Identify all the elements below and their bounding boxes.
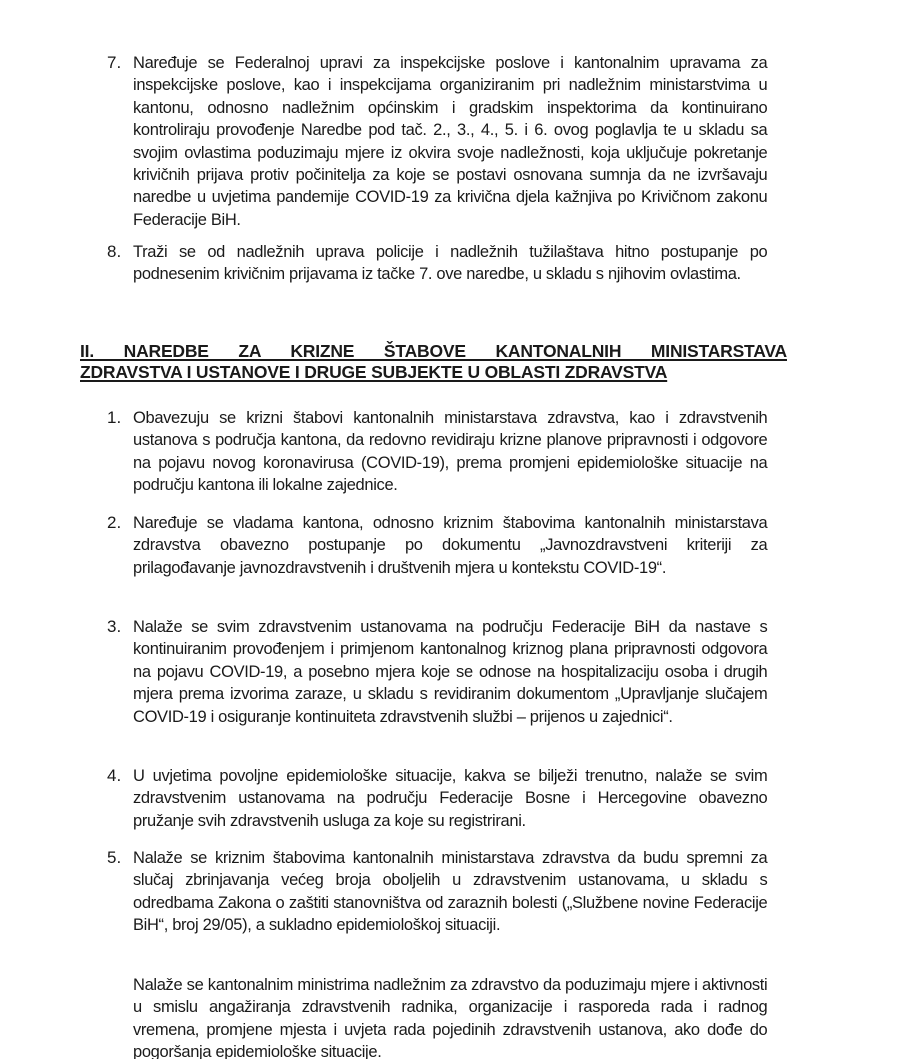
section-heading-line-1: II. NAREDBE ZA KRIZNE ŠTABOVE KANTONALNI… bbox=[80, 341, 787, 362]
item-number: 2. bbox=[107, 512, 121, 534]
item-number: 5. bbox=[107, 847, 121, 869]
section-heading-line-2: ZDRAVSTVA I USTANOVE I DRUGE SUBJEKTE U … bbox=[80, 362, 787, 383]
item-number: 4. bbox=[107, 765, 121, 787]
list-item-2: 2. Naređuje se vladama kantona, odnosno … bbox=[107, 512, 787, 579]
closing-paragraph: Nalaže se kantonalnim ministrima nadležn… bbox=[107, 974, 787, 1059]
document-page: 7. Naređuje se Federalnoj upravi za insp… bbox=[0, 0, 900, 1059]
section-heading: II. NAREDBE ZA KRIZNE ŠTABOVE KANTONALNI… bbox=[80, 341, 787, 383]
item-text: Nalaže se kriznim štabovima kantonalnih … bbox=[133, 847, 767, 937]
list-item-8: 8. Traži se od nadležnih uprava policije… bbox=[107, 241, 787, 286]
list-item-1: 1. Obavezuju se krizni štabovi kantonaln… bbox=[107, 407, 787, 497]
item-text: Obavezuju se krizni štabovi kantonalnih … bbox=[133, 407, 767, 497]
list-item-7: 7. Naređuje se Federalnoj upravi za insp… bbox=[107, 52, 787, 231]
paragraph-text: Nalaže se kantonalnim ministrima nadležn… bbox=[133, 974, 767, 1059]
item-text: Traži se od nadležnih uprava policije i … bbox=[133, 241, 767, 286]
item-number: 7. bbox=[107, 52, 121, 74]
item-number: 8. bbox=[107, 241, 121, 263]
list-item-3: 3. Nalaže se svim zdravstvenim ustanovam… bbox=[107, 616, 787, 728]
item-text: Naređuje se vladama kantona, odnosno kri… bbox=[133, 512, 767, 579]
item-text: U uvjetima povoljne epidemiološke situac… bbox=[133, 765, 767, 832]
list-item-4: 4. U uvjetima povoljne epidemiološke sit… bbox=[107, 765, 787, 832]
item-text: Nalaže se svim zdravstvenim ustanovama n… bbox=[133, 616, 767, 728]
item-text: Naređuje se Federalnoj upravi za inspekc… bbox=[133, 52, 767, 231]
item-number: 1. bbox=[107, 407, 121, 429]
item-number: 3. bbox=[107, 616, 121, 638]
list-item-5: 5. Nalaže se kriznim štabovima kantonaln… bbox=[107, 847, 787, 937]
